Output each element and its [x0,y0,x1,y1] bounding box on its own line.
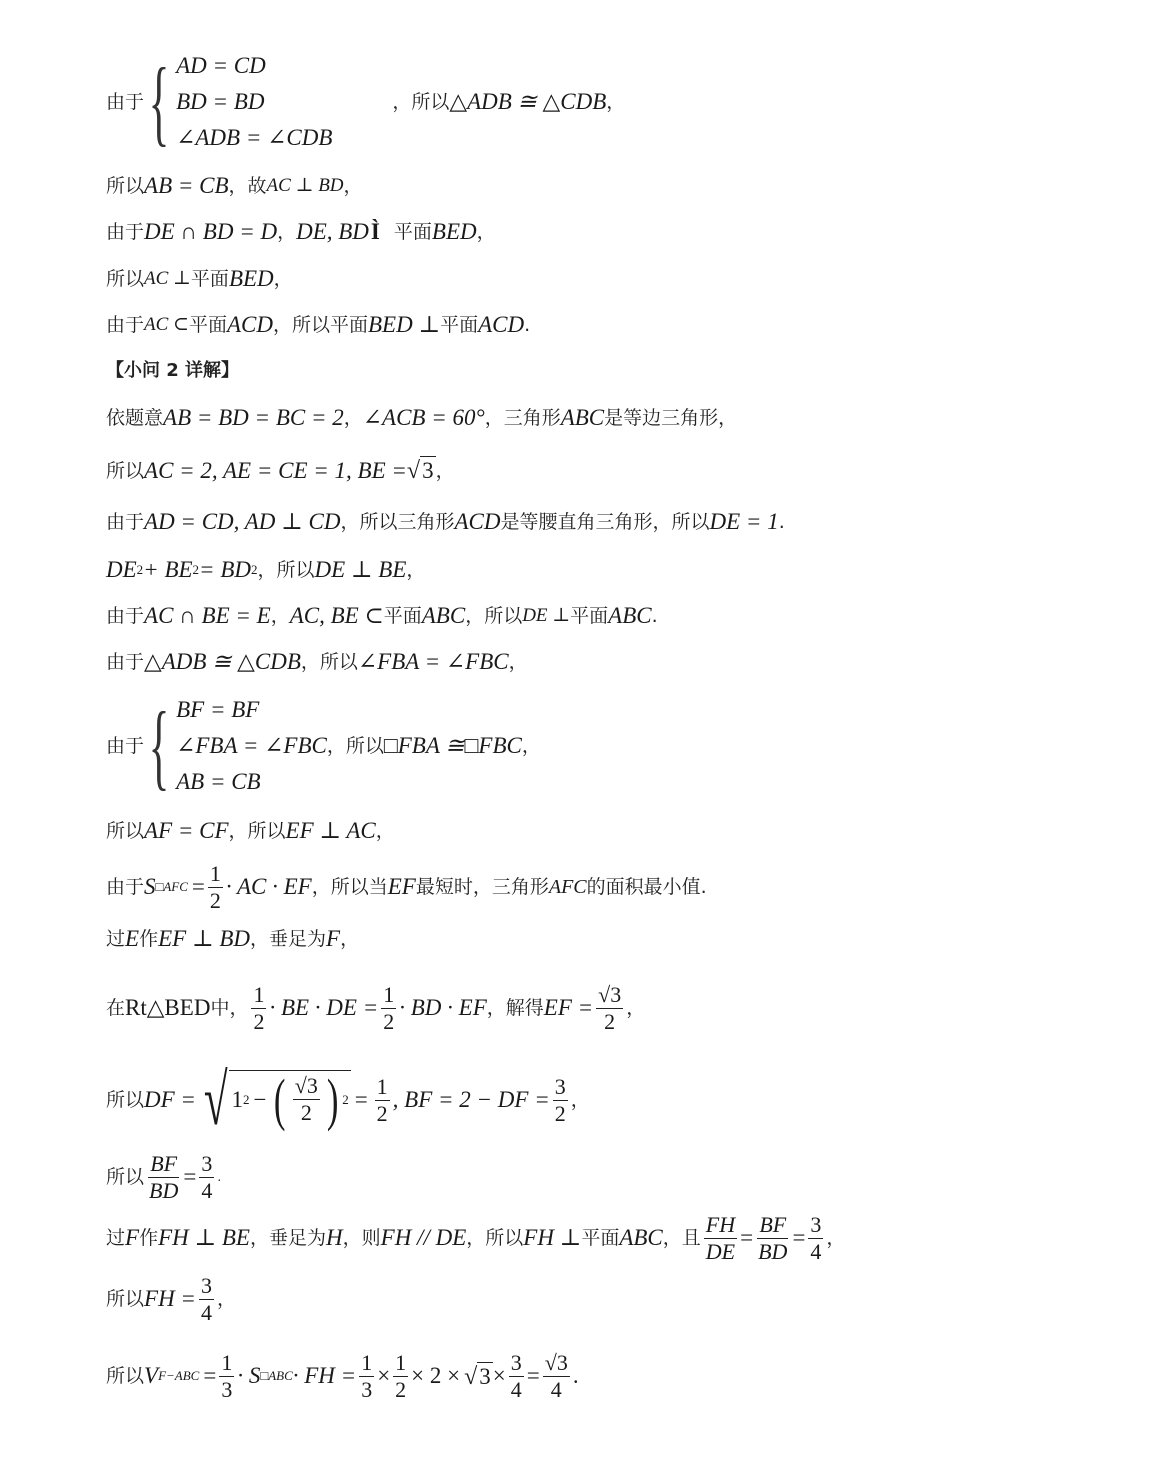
fraction: 12 [251,982,266,1035]
denominator: 2 [553,1101,568,1127]
text: ， [344,172,363,200]
superscript: 2 [342,1086,349,1114]
text: ，所以 [465,602,522,630]
math: DE, BD [296,218,369,246]
system-row: AB = CB [176,764,541,800]
numerator: 1 [251,982,266,1009]
math: DE = 1 [710,508,779,536]
math: × [493,1362,506,1390]
math: FH = [144,1285,196,1313]
denominator: 4 [549,1377,564,1403]
text: 平面 [189,311,227,339]
numerator: FH [704,1212,737,1239]
math: AD = CD, AD ⊥ CD [144,508,340,536]
math: □FBA ≅□FBC [384,728,522,764]
section-heading: 【小问 2 详解】 [106,357,239,385]
text: 在 [106,994,125,1022]
math: E [125,925,139,953]
system-row: ∠FBA = ∠FBC [176,728,327,764]
fraction: 12 [208,861,223,914]
math: = [527,1362,540,1390]
fraction: √32 [293,1073,320,1126]
math: Rt△BED [125,994,210,1022]
left-paren-icon: ( [274,1086,286,1114]
text: 所以 [106,1086,144,1114]
numerator: 1 [375,1074,390,1101]
line-16: 过 E 作 EF ⊥ BD ，垂足为 F ， [106,925,359,953]
text: ， [826,1224,845,1252]
system-row: ∠ADB = ∠CDB [176,120,332,156]
numerator: 3 [553,1074,568,1101]
text: ，解得 [487,994,544,1022]
text: 由于 [106,648,144,676]
line-10: DE2 + BE2 = BD2 ，所以 DE ⊥ BE ， [106,556,425,584]
math: = [203,1362,216,1390]
math: ACD [227,311,273,339]
subscript: F−ABC [158,1362,199,1390]
text: ， [376,817,395,845]
subscript: □ABC [260,1362,292,1390]
glyph-artifact: Ì [371,218,380,246]
math: AC ⊥ BD [267,172,344,200]
math: H [326,1224,343,1252]
radicand: 3 [477,1362,493,1391]
numerator: 3 [509,1350,524,1377]
fraction: √32 [596,982,623,1035]
math: × 2 × [411,1362,460,1390]
math: AC ∩ BE = E [144,602,271,630]
fraction: 34 [509,1350,524,1403]
math: ∠ACB = 60° [363,404,485,432]
sqrt-icon: √ [204,1064,228,1136]
math: AFC [549,873,587,901]
text: ，三角形 [485,404,561,432]
fraction: BFBD [147,1151,180,1204]
text: 平面 [581,1224,619,1252]
math: ABC [422,602,465,630]
numerator: 1 [381,982,396,1009]
text: ， [436,457,455,485]
math: EF ⊥ AC [286,817,376,845]
equation-system: { BF = BF ∠FBA = ∠FBC ，所以 □FBA ≅□FBC ， A… [144,692,541,800]
math: DE [106,556,137,584]
math: F [125,1224,139,1252]
denominator: BD [147,1178,180,1204]
numerator: 3 [199,1273,214,1300]
sqrt-icon: √ [407,457,420,485]
text: 由于 [106,732,144,760]
fraction: 13 [219,1350,234,1403]
math: = [740,1224,753,1252]
numerator: √3 [596,982,623,1009]
denominator: 2 [602,1009,617,1035]
text: ， [217,1285,236,1313]
line-19: 所以 BFBD = 34 . [106,1150,221,1204]
math: EF ⊥ BD [158,925,250,953]
math: · AC · EF [226,873,312,901]
text: ， [626,994,645,1022]
math: ABC [608,602,651,630]
fraction: 12 [375,1074,390,1127]
fraction: 34 [199,1151,214,1204]
math: BED [432,218,477,246]
math: = [183,1163,196,1191]
text: ， [509,648,528,676]
numerator: √3 [543,1350,570,1377]
fraction: 34 [808,1212,823,1265]
text: ，故 [229,172,267,200]
math: ABC [619,1224,662,1252]
numerator: √3 [293,1073,320,1100]
math: AC ⊥ [144,265,191,293]
math: BED [229,265,274,293]
math: ABC [561,404,604,432]
math: BED ⊥ [368,311,440,339]
math: · BD · EF [399,994,487,1022]
math: · S [237,1362,260,1390]
text: 是等边三角形， [604,404,737,432]
text: 平面 [394,218,432,246]
text: 平面 [384,602,422,630]
text: ，所以 [392,88,449,116]
sqrt-expression: √ 12 − ( √32 )2 [196,1064,351,1136]
math: AB = CB [144,172,229,200]
math: AC, BE ⊂ [290,602,384,630]
math: DE ∩ BD = D [144,218,277,246]
line-9: 由于 AD = CD, AD ⊥ CD ，所以三角形 ACD 是等腰直角三角形，… [106,508,785,536]
text: ， [522,728,541,764]
denominator: 2 [381,1009,396,1035]
text: 所以 [106,1285,144,1313]
math: ∠FBA = ∠FBC [358,648,509,676]
math: △ADB ≅ △CDB [144,648,301,676]
math: = [192,873,205,901]
line-5: 由于 AC ⊂ 平面 ACD ，所以平面 BED ⊥ 平面 ACD . [106,311,530,339]
text: 依题意 [106,404,163,432]
line-congruence-system-1: 由于 { AD = CD BD = BD ∠ADB = ∠CDB ，所以 △AD… [106,48,625,156]
line-3: 由于 DE ∩ BD = D ， DE, BD Ì 平面 BED ， [106,218,496,246]
radicand: 3 [420,456,436,485]
fraction: 12 [381,982,396,1035]
math: S [144,873,156,901]
text: ，所以 [301,648,358,676]
text: . [652,602,658,630]
line-11: 由于 AC ∩ BE = E ， AC, BE ⊂ 平面 ABC ，所以 DE … [106,602,658,630]
line-4: 所以 AC ⊥ 平面 BED ， [106,265,293,293]
line-2: 所以 AB = CB ，故 AC ⊥ BD ， [106,172,363,200]
fraction: √34 [543,1350,570,1403]
denominator: 4 [509,1377,524,1403]
math: DE ⊥ [522,602,570,630]
denominator: 2 [208,888,223,914]
math: ACD [478,311,524,339]
line-18: 所以 DF = √ 12 − ( √32 )2 = 12 , BF = 2 − … [106,1055,590,1145]
denominator: DE [704,1239,737,1265]
system-row: BF = BF [176,692,541,728]
math: AF = CF [144,817,229,845]
math: F [326,925,340,953]
text: . [573,1362,579,1390]
text: 由于 [106,602,144,630]
math: DF = [144,1086,196,1114]
text: ，所以 [466,1224,523,1252]
numerator: 1 [359,1350,374,1377]
text: ， [406,556,425,584]
text: 是等腰直角三角形，所以 [501,508,710,536]
math: × [377,1362,390,1390]
equation-system: { AD = CD BD = BD ∠ADB = ∠CDB [144,48,332,156]
math: − [253,1086,266,1114]
text: 所以 [106,265,144,293]
numerator: 1 [219,1350,234,1377]
math: EF [388,873,416,901]
denominator: 3 [359,1377,374,1403]
math: = [792,1224,805,1252]
math: V [144,1362,158,1390]
math: · BE · DE = [269,994,378,1022]
math: AB = BD = BC = 2 [163,404,344,432]
sqrt-expression: √3 [407,456,436,485]
math: = BD [199,556,251,584]
system-row: AD = CD [176,48,332,84]
denominator: 2 [375,1101,390,1127]
text: ， [271,602,290,630]
math: = [355,1086,368,1114]
denominator: 4 [199,1300,214,1326]
math: + BE [143,556,192,584]
text: 平面 [191,265,229,293]
text: ，所以平面 [273,311,368,339]
numerator: 3 [808,1212,823,1239]
text: 过 [106,1224,125,1252]
math: · FH = [293,1362,356,1390]
text: ，且 [663,1224,701,1252]
numerator: BF [757,1212,788,1239]
text: ，所以三角形 [340,508,454,536]
denominator: 4 [199,1178,214,1204]
math: FH ⊥ BE [158,1224,250,1252]
line-7: 依题意 AB = BD = BC = 2 ， ∠ACB = 60° ，三角形 A… [106,404,737,432]
numerator: 1 [208,861,223,888]
text: . [779,508,785,536]
right-paren-icon: ) [327,1086,339,1114]
left-brace-icon: { [149,698,170,794]
line-8: 所以 AC = 2, AE = CE = 1, BE = √3 ， [106,456,455,485]
fraction: 32 [553,1074,568,1127]
math: EF = [544,994,593,1022]
text: ，则 [343,1224,381,1252]
math: AC = 2, AE = CE = 1, BE = [144,457,407,485]
line-20: 过 F 作 FH ⊥ BE ，垂足为 H ，则 FH // DE ，所以 FH … [106,1210,845,1266]
fraction: FHDE [704,1212,737,1265]
text: 所以 [106,817,144,845]
text: ，所以 [257,556,314,584]
text: . [524,311,530,339]
text: ， [277,218,296,246]
denominator: 3 [219,1377,234,1403]
numerator: 1 [393,1350,408,1377]
line-14: 所以 AF = CF ，所以 EF ⊥ AC ， [106,817,395,845]
denominator: 2 [393,1377,408,1403]
math: AC ⊂ [144,311,189,339]
line-12: 由于 △ADB ≅ △CDB ，所以 ∠FBA = ∠FBC ， [106,648,528,676]
text: ， [274,265,293,293]
text: 所以 [106,457,144,485]
sqrt-icon: √ [464,1363,477,1391]
line-21: 所以 FH = 34 ， [106,1272,236,1326]
math: △ADB ≅ △CDB [449,88,606,116]
denominator: 2 [251,1009,266,1035]
text: ， [571,1086,590,1114]
text: 所以 [106,172,144,200]
text: ， [477,218,496,246]
text: 由于 [106,88,144,116]
text: ，所以 [229,817,286,845]
line-congruence-system-2: 由于 { BF = BF ∠FBA = ∠FBC ，所以 □FBA ≅□FBC … [106,692,541,800]
text: ，所以 [327,728,384,764]
math: DE ⊥ BE [315,556,407,584]
denominator: BD [756,1239,789,1265]
text: . [217,1163,221,1191]
math: , BF = 2 − DF = [393,1086,550,1114]
fraction: BFBD [756,1212,789,1265]
left-brace-icon: { [149,54,170,150]
text: ， [344,404,363,432]
text: 作 [139,1224,158,1252]
line-17: 在 Rt△BED 中， 12 · BE · DE = 12 · BD · EF … [106,980,645,1036]
text: 所以 [106,1163,144,1191]
text: 由于 [106,311,144,339]
text: 由于 [106,873,144,901]
text: ，垂足为 [250,1224,326,1252]
text: 最短时，三角形 [416,873,549,901]
text: ，垂足为 [250,925,326,953]
text: 作 [139,925,158,953]
math: FH // DE [381,1224,467,1252]
fraction: 12 [393,1350,408,1403]
text: 过 [106,925,125,953]
text: 由于 [106,218,144,246]
text: 的面积最小值. [587,873,707,901]
math: ACD [455,508,501,536]
system-row: BD = BD [176,84,332,120]
fraction: 34 [199,1273,214,1326]
text: 平面 [570,602,608,630]
text: 中， [210,994,248,1022]
denominator: 2 [299,1100,314,1126]
text: 平面 [440,311,478,339]
line-15: 由于 S□AFC = 12 · AC · EF ，所以当 EF 最短时，三角形 … [106,860,707,914]
numerator: BF [148,1151,179,1178]
heading-text: 【小问 2 详解】 [106,357,239,385]
text: 所以 [106,1362,144,1390]
subscript: □AFC [156,873,188,901]
line-22: 所以 VF−ABC = 13 · S□ABC · FH = 13 × 12 × … [106,1348,579,1404]
text: ， [340,925,359,953]
text: ， [606,88,625,116]
sqrt-expression: √3 [464,1362,493,1391]
text: 由于 [106,508,144,536]
math: 1 [231,1086,243,1114]
text: ，所以当 [312,873,388,901]
superscript: 2 [243,1086,250,1114]
fraction: 13 [359,1350,374,1403]
numerator: 3 [199,1151,214,1178]
math: FH ⊥ [523,1224,581,1252]
denominator: 4 [808,1239,823,1265]
